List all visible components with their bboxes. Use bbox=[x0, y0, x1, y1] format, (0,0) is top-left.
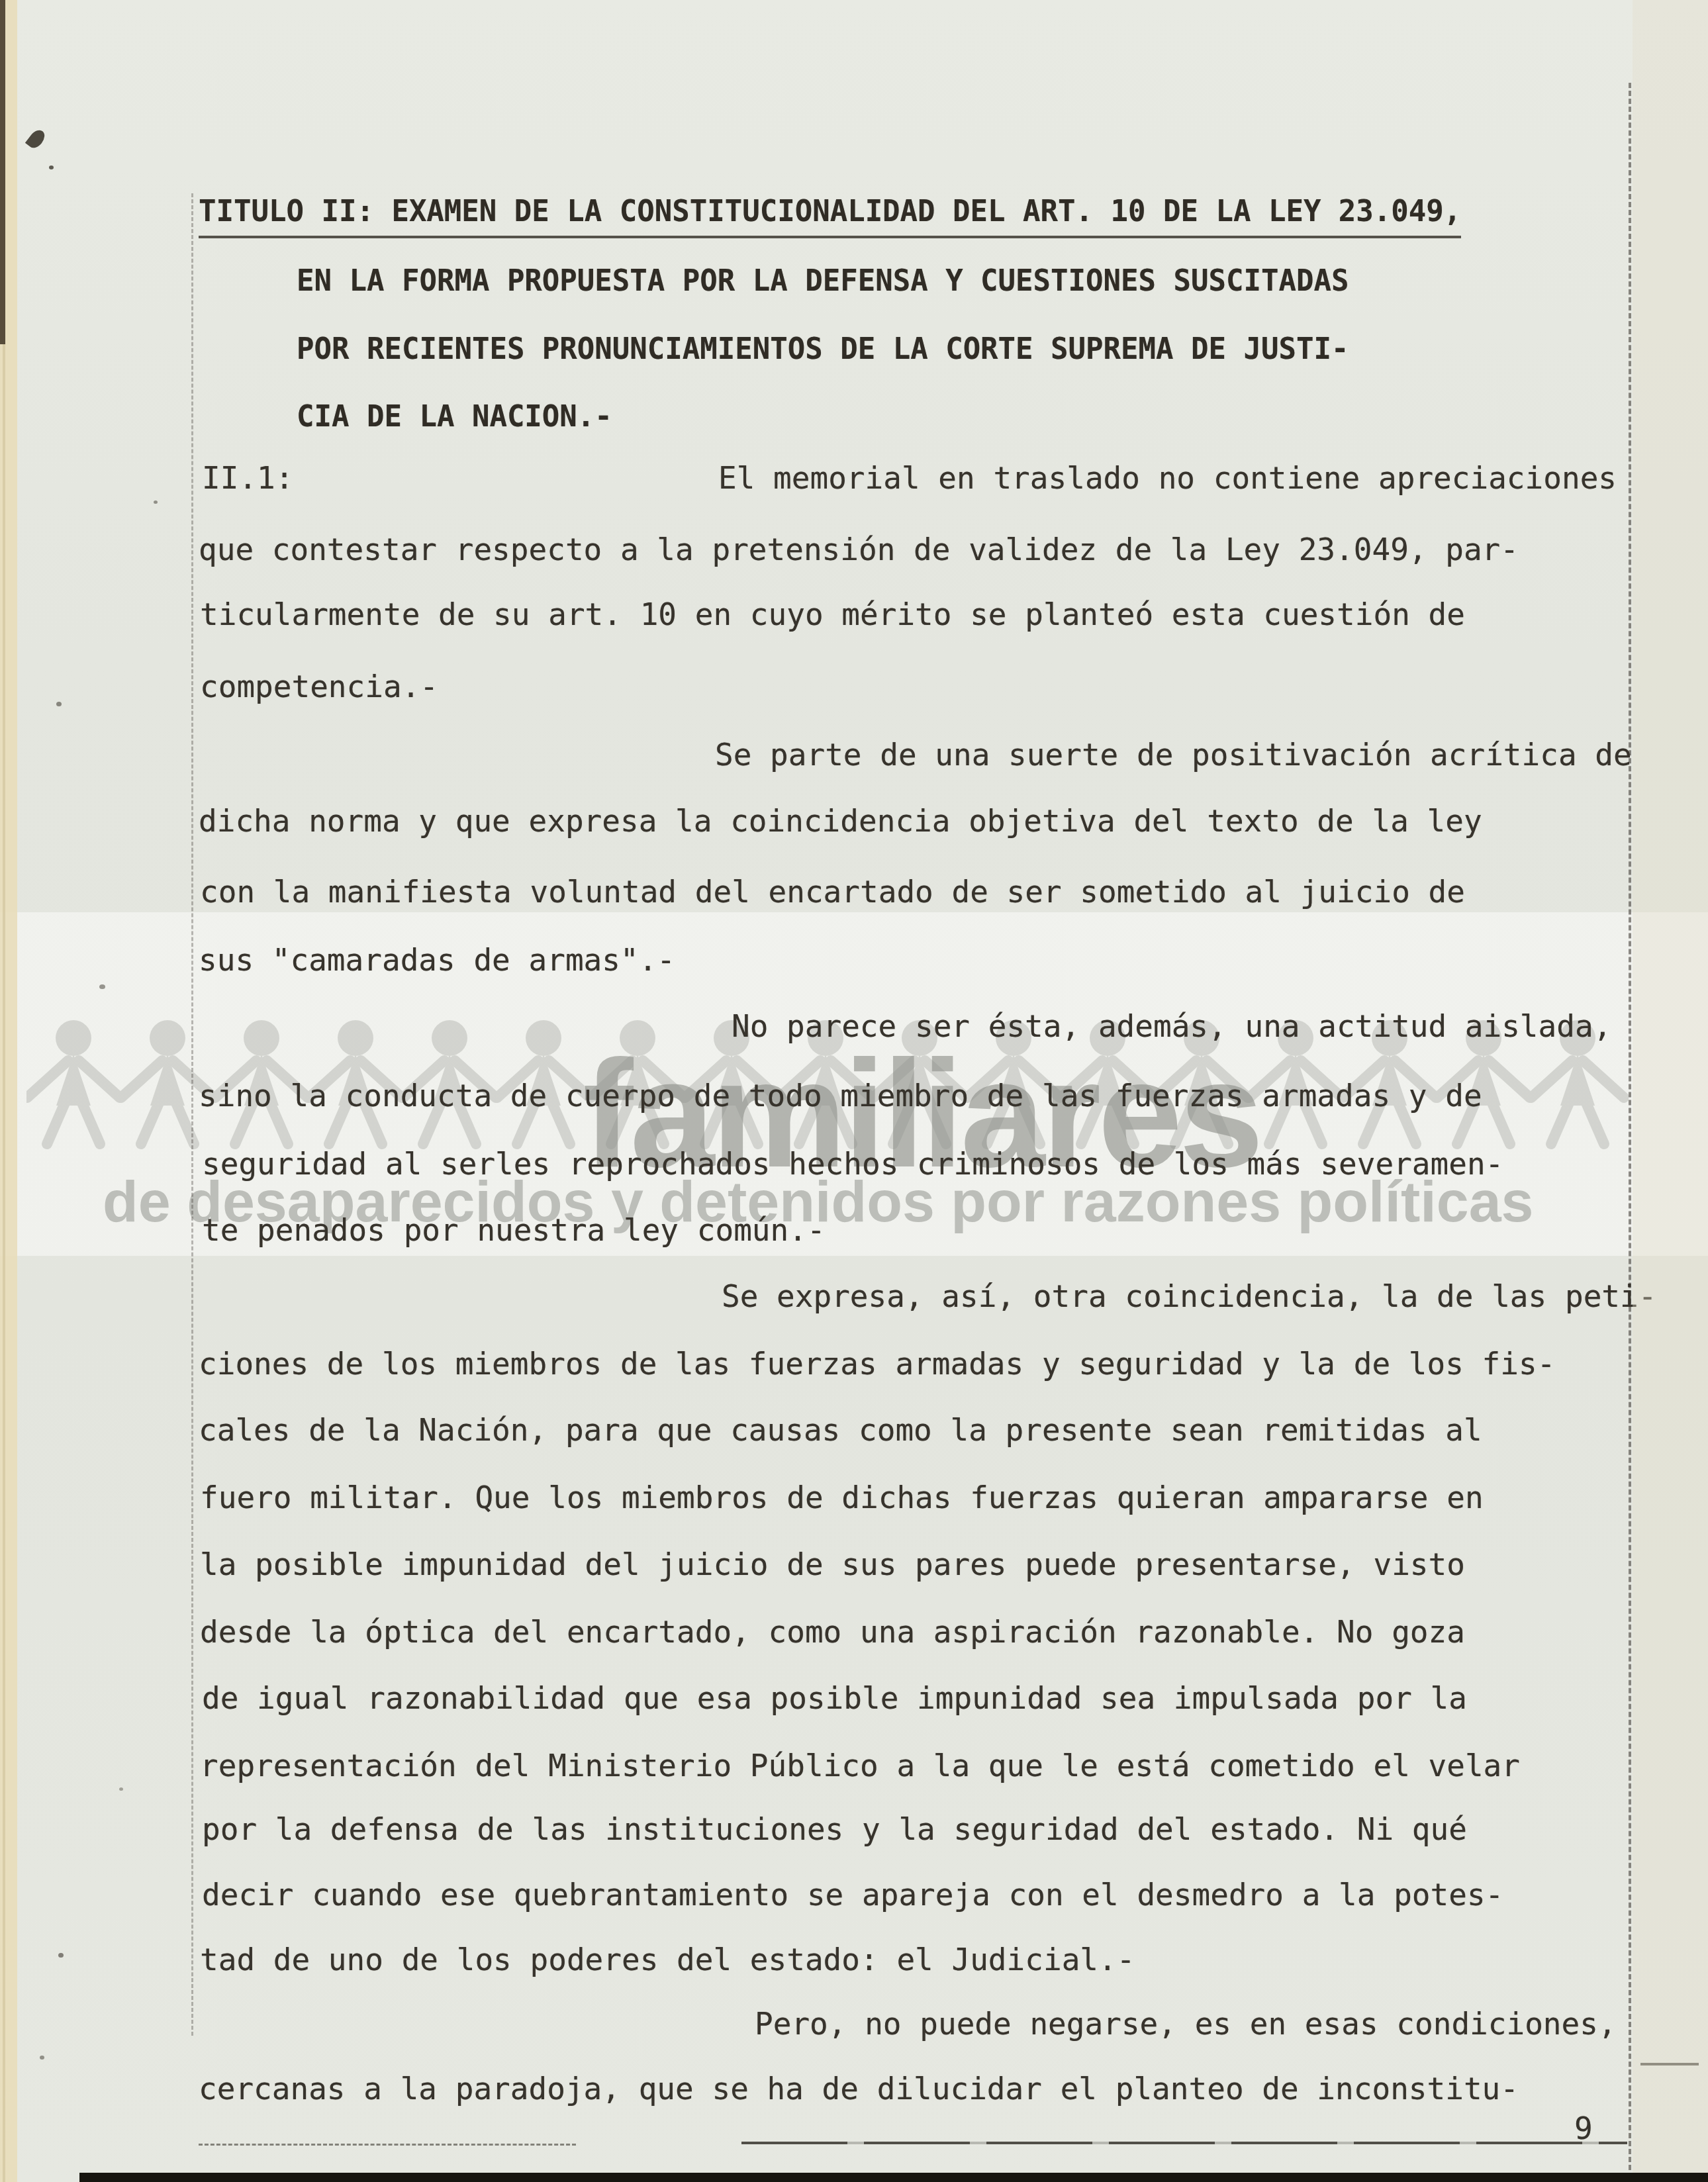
text-line: II.1: bbox=[202, 459, 293, 497]
footer-rule-right bbox=[741, 2142, 1627, 2144]
text-line: ciones de los miembros de las fuerzas ar… bbox=[199, 1345, 1555, 1382]
text-line: de igual razonabilidad que esa posible i… bbox=[202, 1680, 1467, 1717]
text-line: con la manifiesta voluntad del encartado… bbox=[200, 873, 1465, 910]
text-line: seguridad al serles reprochados hechos c… bbox=[202, 1145, 1503, 1182]
text-line: por la defensa de las instituciones y la… bbox=[202, 1811, 1467, 1848]
ink-speck bbox=[25, 127, 48, 151]
text-line: sus "camaradas de armas".- bbox=[199, 941, 675, 978]
text-line: cercanas a la paradoja, que se ha de dil… bbox=[199, 2070, 1519, 2107]
text-line: No parece ser ésta, además, una actitud … bbox=[732, 1008, 1611, 1045]
text-line: cales de la Nación, para que causas como… bbox=[199, 1411, 1482, 1448]
ink-speck bbox=[154, 500, 158, 504]
text-line: Pero, no puede negarse, es en esas condi… bbox=[755, 2005, 1617, 2042]
ink-speck bbox=[119, 1787, 123, 1791]
text-line: decir cuando ese quebrantamiento se apar… bbox=[202, 1876, 1503, 1913]
footer-rule-left bbox=[199, 2144, 576, 2146]
text-line: fuero militar. Que los miembros de dicha… bbox=[200, 1479, 1484, 1516]
ink-speck bbox=[56, 702, 62, 706]
scan-edge-shadow bbox=[0, 0, 5, 344]
ink-speck bbox=[40, 2056, 44, 2060]
scan-edge-right bbox=[1633, 0, 1708, 2182]
right-margin-rule bbox=[1629, 83, 1631, 2178]
text-line: te penados por nuestra ley común.- bbox=[202, 1211, 826, 1249]
text-line: dicha norma y que expresa la coincidenci… bbox=[199, 802, 1482, 839]
text-line: desde la óptica del encartado, como una … bbox=[200, 1613, 1465, 1650]
text-line: tad de uno de los poderes del estado: el… bbox=[200, 1941, 1135, 1978]
title-line: POR RECIENTES PRONUNCIAMIENTOS DE LA COR… bbox=[297, 331, 1349, 368]
title-line: TITULO II: EXAMEN DE LA CONSTITUCIONALID… bbox=[199, 193, 1461, 238]
text-line: Se expresa, así, otra coincidencia, la d… bbox=[722, 1278, 1656, 1315]
left-margin-rule bbox=[191, 193, 193, 2036]
text-line: Se parte de una suerte de positivación a… bbox=[715, 736, 1632, 773]
scan-edge-shadow-lower bbox=[3, 344, 5, 2182]
text-line: sino la conducta de cuerpo de todo miemb… bbox=[199, 1077, 1482, 1114]
document-page: familiares de desaparecidos y detenidos … bbox=[0, 0, 1708, 2182]
text-line: ticularmente de su art. 10 en cuyo mérit… bbox=[200, 596, 1465, 633]
title-line: CIA DE LA NACION.- bbox=[297, 399, 612, 436]
title-line: EN LA FORMA PROPUESTA POR LA DEFENSA Y C… bbox=[297, 263, 1349, 300]
text-line: la posible impunidad del juicio de sus p… bbox=[200, 1546, 1465, 1583]
ink-speck bbox=[49, 166, 54, 169]
text-line: representación del Ministerio Público a … bbox=[200, 1747, 1520, 1784]
text-line: El memorial en traslado no contiene apre… bbox=[718, 459, 1617, 497]
text-line: competencia.- bbox=[200, 668, 438, 705]
scan-edge-bottom bbox=[79, 2173, 1708, 2182]
ink-speck bbox=[99, 984, 105, 989]
text-line: que contestar respecto a la pretensión d… bbox=[199, 531, 1519, 568]
ink-speck bbox=[58, 1953, 64, 1958]
